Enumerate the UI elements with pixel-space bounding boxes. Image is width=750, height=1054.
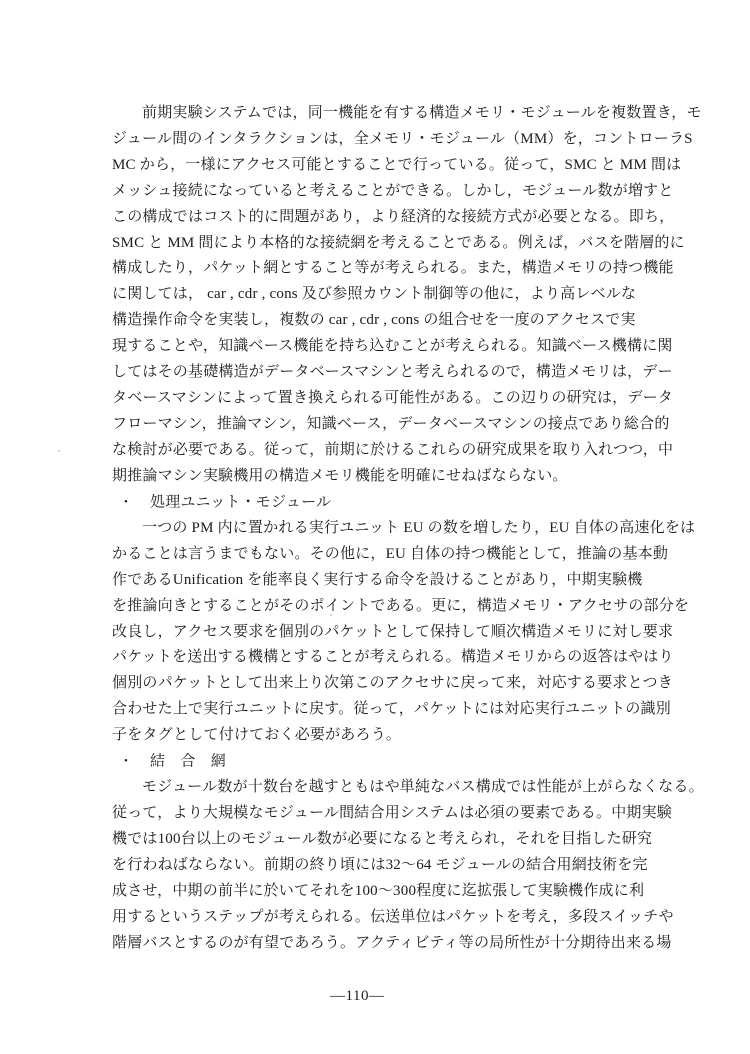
bullet-heading-label: 処理ユニット・モジュール [150,494,331,510]
text-line: 階層バスとするのが有望であろう。アクティビティ等の局所性が十分期待出来る場 [112,931,657,957]
text-line: 前期実験システムでは，同一機能を有する構造メモリ・モジュールを複数置き，モ [112,101,657,127]
text-line: タベースマシンによって置き換えられる可能性がある。この辺りの研究は，データ [112,386,657,412]
document-text-block: 前期実験システムでは，同一機能を有する構造メモリ・モジュールを複数置き，モジュー… [112,101,657,957]
text-line: を推論向きとすることがそのポイントである。更に，構造メモリ・アクセサの部分を [112,594,657,620]
text-line: 用するというステップが考えられる。伝送単位はパケットを考え，多段スイッチや [112,905,657,931]
text-line: MC から，一様にアクセス可能とすることで行っている。従って，SMC と MM … [112,153,657,179]
text-line: 従って，より大規模なモジュール間結合用システムは必須の要素である。中期実験 [112,801,657,827]
text-line: を行わねばならない。前期の終り頃には32～64 モジュールの結合用網技術を完 [112,853,657,879]
text-line: この構成ではコスト的に問題があり，より経済的な接続方式が必要となる。即ち， [112,205,657,231]
text-line: 一つの PM 内に置かれる実行ユニット EU の数を増したり，EU 自体の高速化… [112,516,657,542]
bullet-heading-label: 結 合 網 [150,753,226,769]
text-line: 期推論マシン実験機用の構造メモリ機能を明確にせねばならない。 [112,464,657,490]
text-line: してはその基礎構造がデータベースマシンと考えられるので，構造メモリは，デー [112,360,657,386]
page-number: —110— [330,988,384,1005]
text-line: ジュール間のインタラクションは，全メモリ・モジュール（MM）を，コントローラS [112,127,657,153]
text-line: 機では100台以上のモジュール数が必要になると考えられ，それを目指した研究 [112,827,657,853]
text-line: 作であるUnification を能率良く実行する命令を設けることがあり，中期実… [112,568,657,594]
text-line: 成させ，中期の前半に於いてそれを100～300程度に迄拡張して実験機作成に利 [112,879,657,905]
scanned-document-page: 前期実験システムでは，同一機能を有する構造メモリ・モジュールを複数置き，モジュー… [0,0,750,1054]
text-line: 子をタグとして付けておく必要があろう。 [112,723,657,749]
text-line: に関しては， car , cdr , cons 及び参照カウント制御等の他に，よ… [112,282,657,308]
text-line: な検討が必要である。従って，前期に於けるこれらの研究成果を取り入れつつ，中 [112,438,657,464]
text-line: 改良し，アクセス要求を個別のパケットとして保持して順次構造メモリに対し要求 [112,620,657,646]
bullet-heading: •処理ユニット・モジュール [112,490,657,516]
text-line: SMC と MM 間により本格的な接続網を考えることである。例えば，バスを階層的… [112,231,657,257]
text-line: メッシュ接続になっていると考えることができる。しかし，モジュール数が増すと [112,179,657,205]
text-line: 構造操作命令を実装し，複数の car , cdr , cons の組合せを一度の… [112,308,657,334]
text-line: 個別のパケットとして出来上り次第このアクセサに戻って来，対応する要求とつき [112,671,657,697]
bullet-icon: • [124,749,150,775]
bullet-heading: •結 合 網 [112,749,657,775]
text-line: モジュール数が十数台を越すともはや単純なバス構成では性能が上がらなくなる。 [112,775,657,801]
text-line: 合わせた上で実行ユニットに戻す。従って，パケットには対応実行ユニットの識別 [112,697,657,723]
text-line: 現することや，知識ベース機能を持ち込むことが考えられる。知識ベース機構に関 [112,334,657,360]
text-line: パケットを送出する機構とすることが考えられる。構造メモリからの返答はやはり [112,645,657,671]
scan-speckle [58,450,60,452]
text-line: フローマシン，推論マシン，知識ベース，データベースマシンの接点であり総合的 [112,412,657,438]
bullet-icon: • [124,490,150,516]
text-line: 構成したり，パケット網とすること等が考えられる。また，構造メモリの持つ機能 [112,256,657,282]
text-line: かることは言うまでもない。その他に，EU 自体の持つ機能として，推論の基本動 [112,542,657,568]
scan-speckle [330,614,332,616]
